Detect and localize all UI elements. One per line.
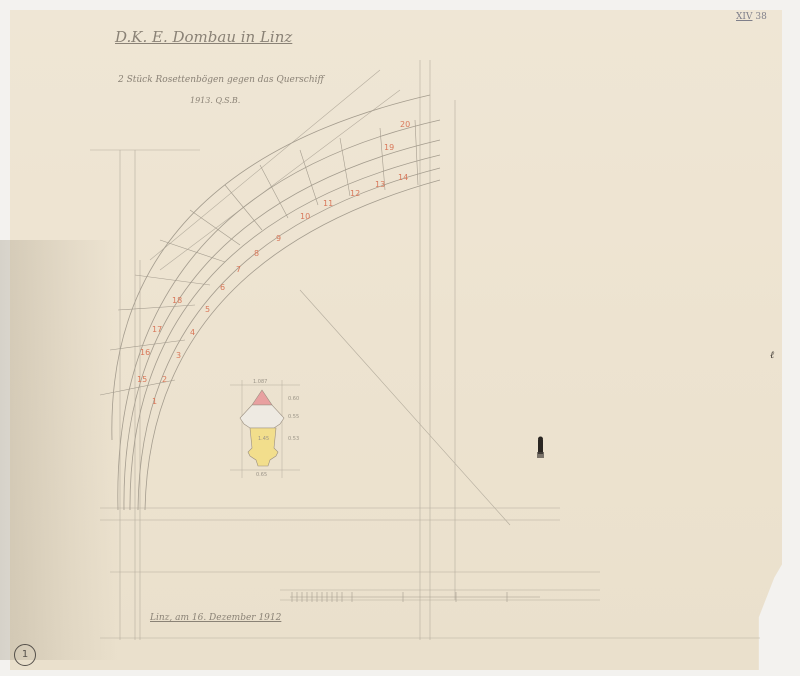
arch-curves	[112, 95, 440, 510]
svg-text:8: 8	[254, 249, 259, 258]
catalog-number: 38	[755, 12, 766, 22]
date-note: 1913. Q.S.B.	[190, 96, 240, 105]
arch-drawing: 1 2 3 4 5 6 7 8 9 10 11 12 13 14 15 16 1…	[0, 0, 800, 676]
profile-section: 1.087 0.60 0.55 0.53 1.45 0.65	[230, 379, 300, 478]
svg-text:17: 17	[152, 325, 162, 334]
svg-text:13: 13	[375, 180, 385, 189]
svg-text:10: 10	[300, 212, 310, 221]
svg-text:2: 2	[162, 375, 167, 384]
svg-text:6: 6	[220, 283, 225, 292]
svg-text:1.087: 1.087	[253, 379, 267, 385]
svg-text:18: 18	[172, 296, 182, 305]
construction-lines	[90, 60, 760, 640]
scale-bar	[290, 592, 540, 602]
svg-text:0.65: 0.65	[256, 472, 267, 478]
svg-text:5: 5	[205, 305, 210, 314]
svg-text:11: 11	[323, 199, 333, 208]
svg-text:9: 9	[276, 234, 281, 243]
svg-text:7: 7	[236, 265, 241, 274]
margin-mark: ℓ	[770, 350, 774, 361]
svg-text:16: 16	[140, 348, 150, 357]
svg-text:0.55: 0.55	[288, 414, 299, 420]
catalog-mark: XIV 38	[736, 12, 767, 22]
svg-text:1: 1	[152, 397, 157, 406]
svg-text:14: 14	[398, 173, 408, 182]
catalog-roman: XIV	[736, 12, 752, 22]
svg-text:3: 3	[176, 351, 181, 360]
svg-text:15: 15	[137, 375, 147, 384]
sheet-number-badge: 1	[14, 644, 36, 666]
drawing-title: D.K. E. Dombau in Linz	[115, 28, 292, 46]
voussoir-numbers: 1 2 3 4 5 6 7 8 9 10 11 12 13 14 15 16 1…	[137, 120, 410, 406]
svg-text:4: 4	[190, 328, 195, 337]
svg-text:0.60: 0.60	[288, 396, 299, 402]
svg-text:19: 19	[384, 143, 394, 152]
svg-text:0.53: 0.53	[288, 436, 299, 442]
drawing-subtitle: 2 Stück Rosettenbögen gegen das Querschi…	[118, 75, 324, 85]
signature-line: Linz, am 16. Dezember 1912	[150, 613, 281, 623]
svg-text:12: 12	[350, 189, 360, 198]
svg-text:1.45: 1.45	[258, 436, 269, 442]
ink-figure-mark	[537, 437, 544, 459]
svg-text:20: 20	[400, 120, 410, 129]
